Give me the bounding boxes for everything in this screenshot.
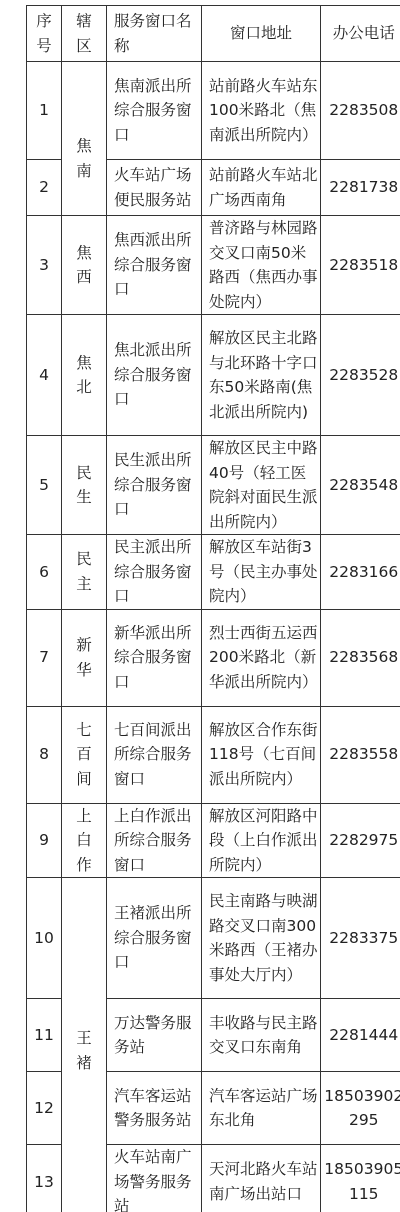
cell-window-name: 焦南派出所综合服务窗口 <box>107 62 202 160</box>
cell-district: 新华 <box>62 609 107 706</box>
cell-address: 天河北路火车站南广场出站口 <box>202 1145 321 1212</box>
cell-no: 10 <box>27 878 62 999</box>
cell-address: 解放区民主中路40号（轻工医院斜对面民生派出所院内） <box>202 436 321 535</box>
table-row: 3 焦西 焦西派出所综合服务窗口 普济路与林园路交叉口南50米路西（焦西办事处院… <box>27 216 400 315</box>
cell-phone: 2281738 <box>321 160 400 216</box>
cell-district: 民主 <box>62 535 107 610</box>
cell-address: 站前路火车站北广场西南角 <box>202 160 321 216</box>
service-window-table-container: 序号 辖区 服务窗口名称 窗口地址 办公电话 1 焦南 焦南派出所综合服务窗口 … <box>26 5 400 1212</box>
cell-no: 8 <box>27 706 62 803</box>
table-row: 1 焦南 焦南派出所综合服务窗口 站前路火车站东100米路北（焦南派出所院内） … <box>27 62 400 160</box>
cell-district: 焦北 <box>62 315 107 436</box>
cell-address: 解放区河阳路中段（上白作派出所院内） <box>202 803 321 878</box>
header-no: 序号 <box>27 6 62 62</box>
cell-window-name: 七百间派出所综合服务窗口 <box>107 706 202 803</box>
cell-address: 解放区车站街3号（民主办事处院内） <box>202 535 321 610</box>
cell-window-name: 民主派出所综合服务窗口 <box>107 535 202 610</box>
table-row: 7 新华 新华派出所综合服务窗口 烈士西街五运西200米路北（新华派出所院内） … <box>27 609 400 706</box>
cell-phone: 2281444 <box>321 999 400 1072</box>
cell-window-name: 王褚派出所综合服务窗口 <box>107 878 202 999</box>
cell-phone: 2282975 <box>321 803 400 878</box>
table-row: 5 民生 民生派出所综合服务窗口 解放区民主中路40号（轻工医院斜对面民生派出所… <box>27 436 400 535</box>
cell-district: 上白作 <box>62 803 107 878</box>
header-row: 序号 辖区 服务窗口名称 窗口地址 办公电话 <box>27 6 400 62</box>
cell-address: 丰收路与民主路交叉口东南角 <box>202 999 321 1072</box>
cell-window-name: 新华派出所综合服务窗口 <box>107 609 202 706</box>
cell-district: 民生 <box>62 436 107 535</box>
cell-window-name: 焦北派出所综合服务窗口 <box>107 315 202 436</box>
cell-phone: 2283166 <box>321 535 400 610</box>
cell-no: 1 <box>27 62 62 160</box>
table-row: 4 焦北 焦北派出所综合服务窗口 解放区民主北路与北环路十字口东50米路南(焦北… <box>27 315 400 436</box>
cell-address: 解放区合作东街118号（七百间派出所院内） <box>202 706 321 803</box>
cell-address: 民主南路与映湖路交叉口南300米路西（王褚办事处大厅内） <box>202 878 321 999</box>
cell-phone: 2283528 <box>321 315 400 436</box>
cell-no: 4 <box>27 315 62 436</box>
cell-window-name: 民生派出所综合服务窗口 <box>107 436 202 535</box>
cell-no: 7 <box>27 609 62 706</box>
cell-no: 9 <box>27 803 62 878</box>
cell-window-name: 焦西派出所综合服务窗口 <box>107 216 202 315</box>
cell-no: 3 <box>27 216 62 315</box>
cell-address: 烈士西街五运西200米路北（新华派出所院内） <box>202 609 321 706</box>
cell-window-name: 万达警务服务站 <box>107 999 202 1072</box>
cell-address: 解放区民主北路与北环路十字口东50米路南(焦北派出所院内) <box>202 315 321 436</box>
cell-address: 站前路火车站东100米路北（焦南派出所院内） <box>202 62 321 160</box>
cell-no: 2 <box>27 160 62 216</box>
service-window-table: 序号 辖区 服务窗口名称 窗口地址 办公电话 1 焦南 焦南派出所综合服务窗口 … <box>26 5 400 1212</box>
cell-address: 汽车客运站广场东北角 <box>202 1072 321 1145</box>
cell-no: 12 <box>27 1072 62 1145</box>
cell-phone: 2283568 <box>321 609 400 706</box>
cell-window-name: 汽车客运站警务服务站 <box>107 1072 202 1145</box>
cell-window-name: 火车站广场便民服务站 <box>107 160 202 216</box>
table-row: 10 王褚 王褚派出所综合服务窗口 民主南路与映湖路交叉口南300米路西（王褚办… <box>27 878 400 999</box>
cell-no: 6 <box>27 535 62 610</box>
table-row: 6 民主 民主派出所综合服务窗口 解放区车站街3号（民主办事处院内） 22831… <box>27 535 400 610</box>
cell-no: 11 <box>27 999 62 1072</box>
cell-district: 王褚 <box>62 878 107 1212</box>
cell-address: 普济路与林园路交叉口南50米路西（焦西办事处院内） <box>202 216 321 315</box>
cell-no: 13 <box>27 1145 62 1212</box>
cell-phone: 2283508 <box>321 62 400 160</box>
cell-window-name: 上白作派出所综合服务窗口 <box>107 803 202 878</box>
cell-phone: 2283548 <box>321 436 400 535</box>
cell-phone: 18503902295 <box>321 1072 400 1145</box>
header-district: 辖区 <box>62 6 107 62</box>
cell-district: 七百间 <box>62 706 107 803</box>
cell-phone: 18503905115 <box>321 1145 400 1212</box>
cell-phone: 2283558 <box>321 706 400 803</box>
header-phone: 办公电话 <box>321 6 400 62</box>
header-address: 窗口地址 <box>202 6 321 62</box>
cell-phone: 2283375 <box>321 878 400 999</box>
cell-district: 焦西 <box>62 216 107 315</box>
cell-window-name: 火车站南广场警务服务站 <box>107 1145 202 1212</box>
header-window-name: 服务窗口名称 <box>107 6 202 62</box>
table-row: 9 上白作 上白作派出所综合服务窗口 解放区河阳路中段（上白作派出所院内） 22… <box>27 803 400 878</box>
table-row: 8 七百间 七百间派出所综合服务窗口 解放区合作东街118号（七百间派出所院内）… <box>27 706 400 803</box>
cell-no: 5 <box>27 436 62 535</box>
cell-phone: 2283518 <box>321 216 400 315</box>
cell-district: 焦南 <box>62 62 107 216</box>
